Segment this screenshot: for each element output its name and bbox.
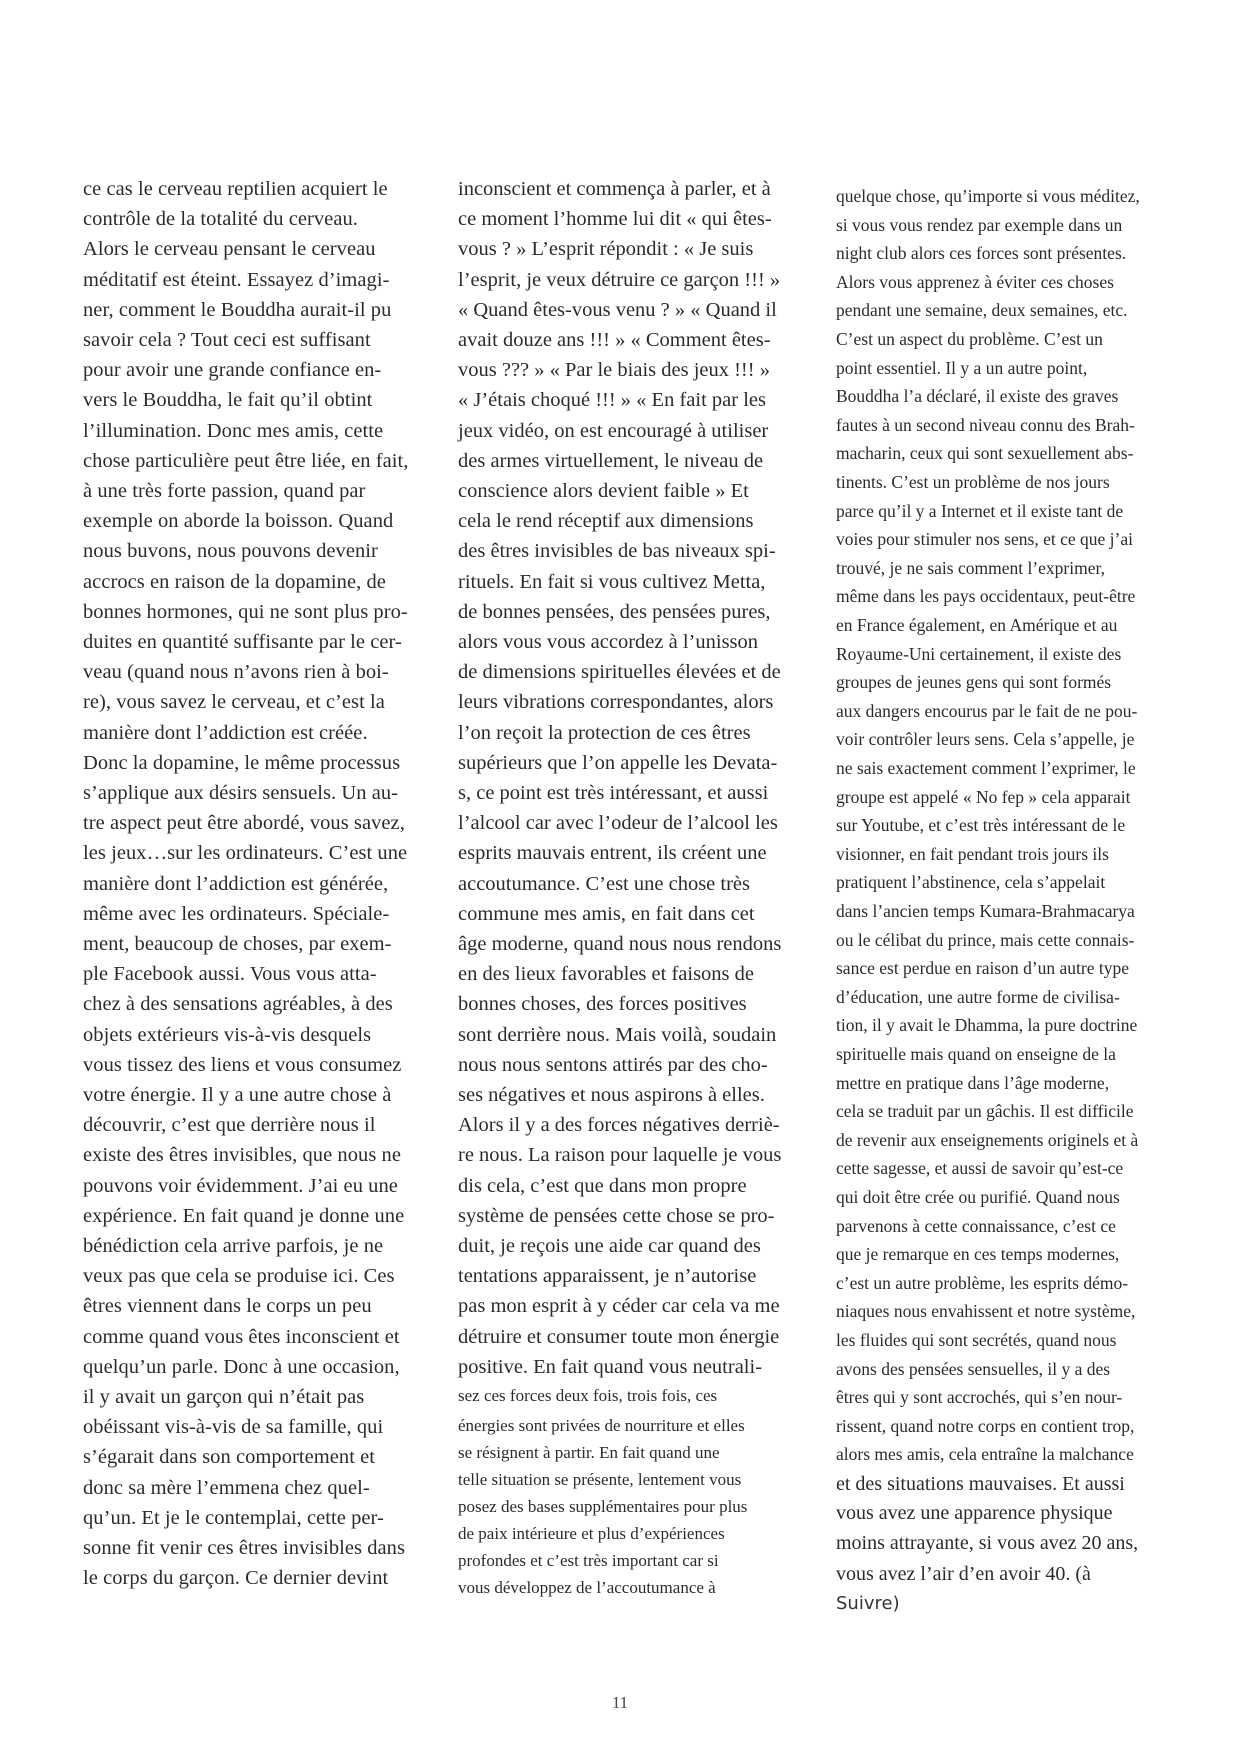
text-line: Alors le cerveau pensant le cerveau: [83, 238, 376, 261]
text-line: même dans les pays occidentaux, peut-êtr…: [836, 586, 1135, 607]
text-line: voir contrôler leurs sens. Cela s’appell…: [836, 729, 1134, 750]
text-line: l’esprit, je veux détruire ce garçon !!!…: [458, 269, 780, 292]
text-line: vous ? » L’esprit répondit : « Je suis: [458, 238, 753, 261]
text-line: Donc la dopamine, le même processus: [83, 752, 400, 775]
text-line: ple Facebook aussi. Vous vous atta-: [83, 963, 377, 986]
text-line: d’éducation, une autre forme de civilisa…: [836, 987, 1120, 1008]
text-line: duites en quantité suffisante par le cer…: [83, 631, 402, 654]
text-line: spirituelle mais quand on enseigne de la: [836, 1044, 1116, 1065]
text-line: tion, il y avait le Dhamma, la pure doct…: [836, 1015, 1137, 1036]
text-line: ment, beaucoup de choses, par exem-: [83, 933, 392, 956]
text-line: alors mes amis, cela entraîne la malchan…: [836, 1444, 1134, 1465]
text-line: niaques nous envahissent et notre systèm…: [836, 1301, 1135, 1322]
text-line: conscience alors devient faible » Et: [458, 480, 749, 503]
text-line: trouvé, je ne sais comment l’exprimer,: [836, 558, 1105, 579]
text-line: re nous. La raison pour laquelle je vous: [458, 1144, 781, 1167]
text-line: supérieurs que l’on appelle les Devata-: [458, 752, 777, 775]
text-line: âge moderne, quand nous nous rendons: [458, 933, 781, 956]
text-line: groupes de jeunes gens qui sont formés: [836, 672, 1111, 693]
text-line: sur Youtube, et c’est très intéressant d…: [836, 815, 1125, 836]
text-line: pour avoir une grande confiance en-: [83, 359, 381, 382]
text-line: le corps du garçon. Ce dernier devint: [83, 1567, 388, 1590]
text-line: visionner, en fait pendant trois jours i…: [836, 844, 1109, 865]
text-line: quelqu’un parle. Donc à une occasion,: [83, 1356, 400, 1379]
text-line: que je remarque en ces temps modernes,: [836, 1244, 1119, 1265]
text-line: parvenons à cette connaissance, c’est ce: [836, 1216, 1116, 1237]
text-line: l’illumination. Donc mes amis, cette: [83, 420, 383, 443]
text-line: parce qu’il y a Internet et il existe ta…: [836, 501, 1123, 522]
text-line: êtres viennent dans le corps un peu: [83, 1295, 372, 1318]
text-line: cette sagesse, et aussi de savoir qu’est…: [836, 1158, 1123, 1179]
text-line: il y avait un garçon qui n’était pas: [83, 1386, 364, 1409]
text-line: accrocs en raison de la dopamine, de: [83, 571, 386, 594]
text-line: alors vous vous accordez à l’unisson: [458, 631, 758, 654]
text-line: système de pensées cette chose se pro-: [458, 1205, 775, 1228]
text-line: énergies sont privées de nourriture et e…: [458, 1416, 745, 1436]
text-line: s’égarait dans son comportement et: [83, 1446, 375, 1469]
text-line: aux dangers encourus par le fait de ne p…: [836, 701, 1137, 722]
text-line: vous développez de l’accoutumance à: [458, 1578, 716, 1598]
text-line: l’alcool car avec l’odeur de l’alcool le…: [458, 812, 778, 835]
text-line: qui doit être crée ou purifié. Quand nou…: [836, 1187, 1120, 1208]
text-line: accoutumance. C’est une chose très: [458, 873, 750, 896]
text-line: de bonnes pensées, des pensées pures,: [458, 601, 771, 624]
text-line: rissent, quand notre corps en contient t…: [836, 1416, 1134, 1437]
text-line: macharin, ceux qui sont sexuellement abs…: [836, 443, 1133, 464]
text-line: point essentiel. Il y a un autre point,: [836, 358, 1087, 379]
text-line: vous avez une apparence physique: [836, 1502, 1113, 1525]
text-line: pendant une semaine, deux semaines, etc.: [836, 300, 1128, 321]
text-line: profondes et c’est très important car si: [458, 1551, 719, 1571]
text-line: Bouddha l’a déclaré, il existe des grave…: [836, 386, 1118, 407]
text-line: Royaume-Uni certainement, il existe des: [836, 644, 1121, 665]
text-line: avait douze ans !!! » « Comment êtes-: [458, 329, 771, 352]
text-line: Alors vous apprenez à éviter ces choses: [836, 272, 1114, 293]
text-line: bonnes choses, des forces positives: [458, 993, 747, 1016]
text-line: telle situation se présente, lentement v…: [458, 1470, 741, 1490]
text-line: en des lieux favorables et faisons de: [458, 963, 754, 986]
text-line: night club alors ces forces sont présent…: [836, 243, 1126, 264]
document-page: ce cas le cerveau reptilien acquiert lec…: [0, 0, 1240, 1752]
page-number: 11: [0, 1693, 1240, 1713]
text-line: veau (quand nous n’avons rien à boi-: [83, 661, 389, 684]
text-line: de revenir aux enseignements originels e…: [836, 1130, 1138, 1151]
text-line: savoir cela ? Tout ceci est suffisant: [83, 329, 371, 352]
text-line: se résignent à partir. En fait quand une: [458, 1443, 720, 1463]
text-line: s, ce point est très intéressant, et aus…: [458, 782, 768, 805]
text-line: vous ??? » « Par le biais des jeux !!! »: [458, 359, 770, 382]
text-line: s’applique aux désirs sensuels. Un au-: [83, 782, 398, 805]
text-line: les jeux…sur les ordinateurs. C’est une: [83, 842, 407, 865]
text-line: leurs vibrations correspondantes, alors: [458, 691, 773, 714]
text-line: nous nous sentons attirés par des cho-: [458, 1054, 768, 1077]
text-line: chose particulière peut être liée, en fa…: [83, 450, 408, 473]
text-line: dis cela, c’est que dans mon propre: [458, 1175, 747, 1198]
text-line: fautes à un second niveau connu des Brah…: [836, 415, 1135, 436]
text-line: Alors il y a des forces négatives derriè…: [458, 1114, 780, 1137]
text-line: posez des bases supplémentaires pour plu…: [458, 1497, 747, 1517]
text-line: cela le rend réceptif aux dimensions: [458, 510, 753, 533]
text-line: manière dont l’addiction est générée,: [83, 873, 388, 896]
text-line: des armes virtuellement, le niveau de: [458, 450, 763, 473]
text-line: vous avez l’air d’en avoir 40. (à: [836, 1563, 1091, 1586]
text-line: même avec les ordinateurs. Spéciale-: [83, 903, 389, 926]
text-line: groupe est appelé « No fep » cela appara…: [836, 787, 1130, 808]
text-line: et des situations mauvaises. Et aussi: [836, 1473, 1125, 1496]
text-line: existe des êtres invisibles, que nous ne: [83, 1144, 401, 1167]
text-line: sonne fit venir ces êtres invisibles dan…: [83, 1537, 405, 1560]
text-line: ne sais exactement comment l’exprimer, l…: [836, 758, 1136, 779]
text-line: les fluides qui sont secrétés, quand nou…: [836, 1330, 1116, 1351]
text-line: rituels. En fait si vous cultivez Metta,: [458, 571, 765, 594]
text-line: ner, comment le Bouddha aurait-il pu: [83, 299, 391, 322]
text-line: chez à des sensations agréables, à des: [83, 993, 393, 1016]
text-line: voies pour stimuler nos sens, et ce que …: [836, 529, 1133, 550]
text-line: manière dont l’addiction est créée.: [83, 722, 368, 745]
text-line: sance est perdue en raison d’un autre ty…: [836, 958, 1129, 979]
text-line: re), vous savez le cerveau, et c’est la: [83, 691, 385, 714]
text-line: moins attrayante, si vous avez 20 ans,: [836, 1532, 1138, 1555]
text-line: Suivre): [836, 1593, 900, 1614]
text-line: ce cas le cerveau reptilien acquiert le: [83, 178, 388, 201]
text-line: duit, je reçois une aide car quand des: [458, 1235, 761, 1258]
text-line: veux pas que cela se produise ici. Ces: [83, 1265, 395, 1288]
text-line: jeux vidéo, on est encouragé à utiliser: [458, 420, 768, 443]
text-line: exemple on aborde la boisson. Quand: [83, 510, 393, 533]
text-line: sez ces forces deux fois, trois fois, ce…: [458, 1386, 717, 1406]
text-line: nous buvons, nous pouvons devenir: [83, 540, 378, 563]
text-line: avons des pensées sensuelles, il y a des: [836, 1359, 1110, 1380]
text-line: commune mes amis, en fait dans cet: [458, 903, 755, 926]
text-line: de dimensions spirituelles élevées et de: [458, 661, 781, 684]
text-line: découvrir, c’est que derrière nous il: [83, 1114, 375, 1137]
text-line: à une très forte passion, quand par: [83, 480, 365, 503]
text-line: pratiquent l’abstinence, cela s’appelait: [836, 872, 1105, 893]
text-line: pouvons voir évidemment. J’ai eu une: [83, 1175, 398, 1198]
text-line: c’est un autre problème, les esprits dém…: [836, 1273, 1128, 1294]
text-line: bénédiction cela arrive parfois, je ne: [83, 1235, 383, 1258]
text-line: tentations apparaissent, je n’autorise: [458, 1265, 756, 1288]
text-line: dans l’ancien temps Kumara-Brahmacarya: [836, 901, 1135, 922]
text-line: « J’étais choqué !!! » « En fait par les: [458, 389, 766, 412]
text-line: qu’un. Et je le contemplai, cette per-: [83, 1507, 384, 1530]
text-line: contrôle de la totalité du cerveau.: [83, 208, 358, 231]
text-line: C’est un aspect du problème. C’est un: [836, 329, 1103, 350]
text-line: positive. En fait quand vous neutrali-: [458, 1356, 762, 1379]
text-line: de paix intérieure et plus d’expériences: [458, 1524, 725, 1544]
text-line: cela se traduit par un gâchis. Il est di…: [836, 1101, 1134, 1122]
text-line: vous tissez des liens et vous consumez: [83, 1054, 401, 1077]
text-line: bonnes hormones, qui ne sont plus pro-: [83, 601, 408, 624]
text-line: tre aspect peut être abordé, vous savez,: [83, 812, 405, 835]
text-line: inconscient et commença à parler, et à: [458, 178, 771, 201]
text-line: ou le célibat du prince, mais cette conn…: [836, 930, 1134, 951]
text-line: en France également, en Amérique et au: [836, 615, 1117, 636]
text-line: mettre en pratique dans l’âge moderne,: [836, 1073, 1109, 1094]
text-line: détruire et consumer toute mon énergie: [458, 1326, 779, 1349]
text-line: obéissant vis-à-vis de sa famille, qui: [83, 1416, 383, 1439]
text-line: sont derrière nous. Mais voilà, soudain: [458, 1024, 776, 1047]
text-line: quelque chose, qu’importe si vous médite…: [836, 186, 1140, 207]
text-line: vers le Bouddha, le fait qu’il obtint: [83, 389, 372, 412]
text-line: l’on reçoit la protection de ces êtres: [458, 722, 751, 745]
text-line: pas mon esprit à y céder car cela va me: [458, 1295, 780, 1318]
text-line: donc sa mère l’emmena chez quel-: [83, 1477, 370, 1500]
text-line: êtres qui y sont accrochés, qui s’en nou…: [836, 1387, 1122, 1408]
text-line: si vous vous rendez par exemple dans un: [836, 215, 1122, 236]
text-line: ses négatives et nous aspirons à elles.: [458, 1084, 765, 1107]
text-line: « Quand êtes-vous venu ? » « Quand il: [458, 299, 777, 322]
text-line: esprits mauvais entrent, ils créent une: [458, 842, 767, 865]
text-line: ce moment l’homme lui dit « qui êtes-: [458, 208, 772, 231]
text-line: méditatif est éteint. Essayez d’imagi-: [83, 269, 389, 292]
text-line: tinents. C’est un problème de nos jours: [836, 472, 1110, 493]
text-line: votre énergie. Il y a une autre chose à: [83, 1084, 391, 1107]
text-line: objets extérieurs vis-à-vis desquels: [83, 1024, 371, 1047]
text-line: expérience. En fait quand je donne une: [83, 1205, 404, 1228]
text-line: des êtres invisibles de bas niveaux spi-: [458, 540, 776, 563]
text-line: comme quand vous êtes inconscient et: [83, 1326, 400, 1349]
